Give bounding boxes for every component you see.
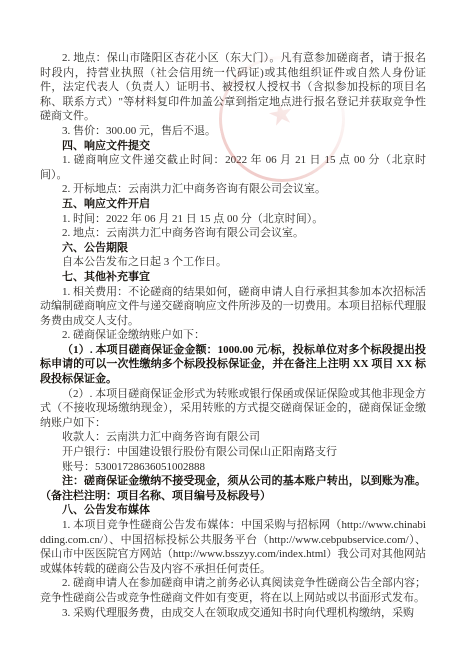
- paragraph: （2）. 本项目磋商保证金形式为转账或银行保函或保证保险或其他非现金方式（不接收…: [40, 387, 426, 431]
- paragraph: 开户银行：中国建设银行股份有限公司保山正阳南路支行: [40, 445, 426, 460]
- document-body: 2. 地点：保山市隆阳区杏花小区（东大门）。凡有意参加磋商者，请于报名时段内，持…: [40, 51, 426, 620]
- section-heading: 五、响应文件开启: [40, 197, 426, 212]
- paragraph: 1. 本项目竞争性磋商公告发布媒体：中国采购与招标网（http://www.ch…: [40, 518, 426, 576]
- section-heading: 八、公告发布媒体: [40, 503, 426, 518]
- paragraph: 2. 磋商申请人在参加磋商申请之前务必认真阅读竞争性磋商公告全部内容；竞争性磋商…: [40, 576, 426, 605]
- section-heading: 四、响应文件提交: [40, 139, 426, 154]
- paragraph: 自本公告发布之日起 3 个工作日。: [40, 255, 426, 270]
- paragraph: 2. 地点：云南洪力汇中商务咨询有限公司会议室。: [40, 226, 426, 241]
- paragraph: 2. 地点：保山市隆阳区杏花小区（东大门）。凡有意参加磋商者，请于报名时段内，持…: [40, 51, 426, 124]
- paragraph: 3. 售价：300.00 元，售后不退。: [40, 124, 426, 139]
- paragraph: 收款人：云南洪力汇中商务咨询有限公司: [40, 430, 426, 445]
- section-heading: 七、其他补充事宜: [40, 270, 426, 285]
- paragraph: 2. 磋商保证金缴纳账户如下：: [40, 328, 426, 343]
- section-heading: 六、公告期限: [40, 241, 426, 256]
- paragraph: 1. 时间：2022 年 06 月 21 日 15 点 00 分（北京时间）。: [40, 212, 426, 227]
- paragraph: 1. 相关费用：不论磋商的结果如何，磋商申请人自行承担其参加本次招标活动编制磋商…: [40, 285, 426, 329]
- paragraph: 3. 采购代理服务费，由成交人在领取成交通知书时向代理机构缴纳，采购: [40, 606, 426, 621]
- paragraph: 账号：53001728636051002888: [40, 460, 426, 475]
- paragraph: 2. 开标地点：云南洪力汇中商务咨询有限公司会议室。: [40, 182, 426, 197]
- paragraph: 注：磋商保证金缴纳不接受现金，须从公司的基本账户转出，以到账为准。（备注栏注明：…: [40, 474, 426, 503]
- paragraph: 1. 磋商响应文件递交截止时间：2022 年 06 月 21 日 15 点 00…: [40, 153, 426, 182]
- paragraph: （1）. 本项目磋商保证金金额：1000.00 元/标，投标单位对多个标段提出投…: [40, 343, 426, 387]
